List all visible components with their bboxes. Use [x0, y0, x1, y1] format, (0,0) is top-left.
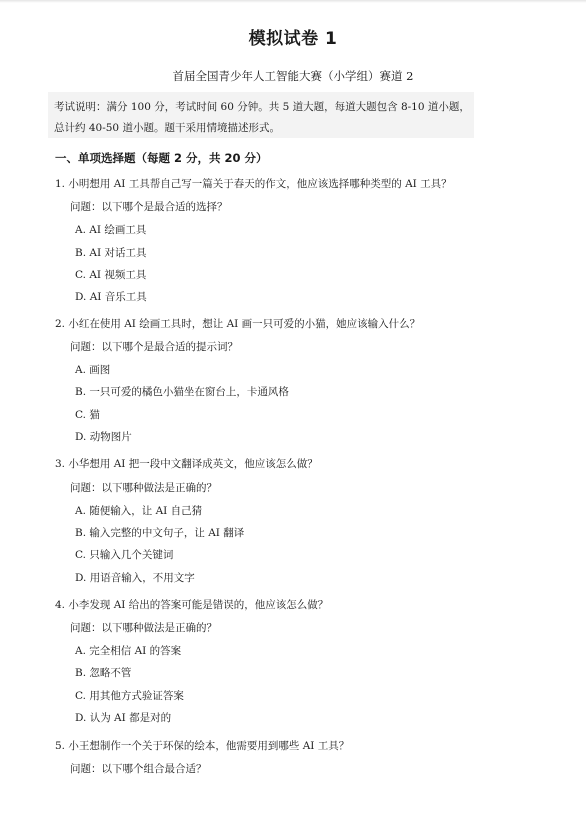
- question-stem: 3. 小华想用 AI 把一段中文翻译成英文，他应该怎么做？: [55, 456, 318, 471]
- exam-notice: 考试说明：满分 100 分，考试时间 60 分钟。共 5 道大题，每道大题包含 …: [48, 92, 474, 138]
- option: B. AI 对话工具: [75, 245, 146, 260]
- option: D. AI 音乐工具: [75, 289, 147, 304]
- question-stem: 2. 小红在使用 AI 绘画工具时，想让 AI 画一只可爱的小猫，她应该输入什么…: [55, 316, 420, 331]
- option: A. 随便输入，让 AI 自己猜: [75, 503, 202, 518]
- question-prompt: 问题：以下哪个是最合适的提示词？: [70, 339, 238, 354]
- option: B. 忽略不管: [75, 665, 131, 680]
- option: A. AI 绘画工具: [75, 222, 146, 237]
- option: D. 认为 AI 都是对的: [75, 710, 171, 725]
- question-prompt: 问题：以下哪个组合最合适？: [70, 761, 207, 776]
- option: B. 输入完整的中文句子，让 AI 翻译: [75, 525, 244, 540]
- option: D. 动物图片: [75, 429, 132, 444]
- option: D. 用语音输入，不用文字: [75, 570, 195, 585]
- option: C. 只输入几个关键词: [75, 547, 173, 562]
- option: A. 完全相信 AI 的答案: [75, 643, 181, 658]
- option: C. AI 视频工具: [75, 267, 146, 282]
- page-top-edge: [0, 0, 586, 3]
- option: A. 画图: [75, 362, 110, 377]
- question-prompt: 问题：以下哪个是最合适的选择？: [70, 199, 228, 214]
- option: C. 猫: [75, 407, 100, 422]
- question-stem: 1. 小明想用 AI 工具帮自己写一篇关于春天的作文，他应该选择哪种类型的 AI…: [55, 176, 452, 191]
- section-title: 一、单项选择题（每题 2 分，共 20 分）: [55, 150, 268, 166]
- question-stem: 4. 小李发现 AI 给出的答案可能是错误的，他应该怎么做？: [55, 597, 328, 612]
- document-title: 模拟试卷 1: [0, 24, 586, 49]
- question-prompt: 问题：以下哪种做法是正确的？: [70, 480, 217, 495]
- document-subtitle: 首届全国青少年人工智能大赛（小学组）赛道 2: [0, 68, 586, 84]
- question-prompt: 问题：以下哪种做法是正确的？: [70, 620, 217, 635]
- question-stem: 5. 小王想制作一个关于环保的绘本，他需要用到哪些 AI 工具？: [55, 738, 349, 753]
- option: C. 用其他方式验证答案: [75, 688, 184, 703]
- option: B. 一只可爱的橘色小猫坐在窗台上，卡通风格: [75, 384, 289, 399]
